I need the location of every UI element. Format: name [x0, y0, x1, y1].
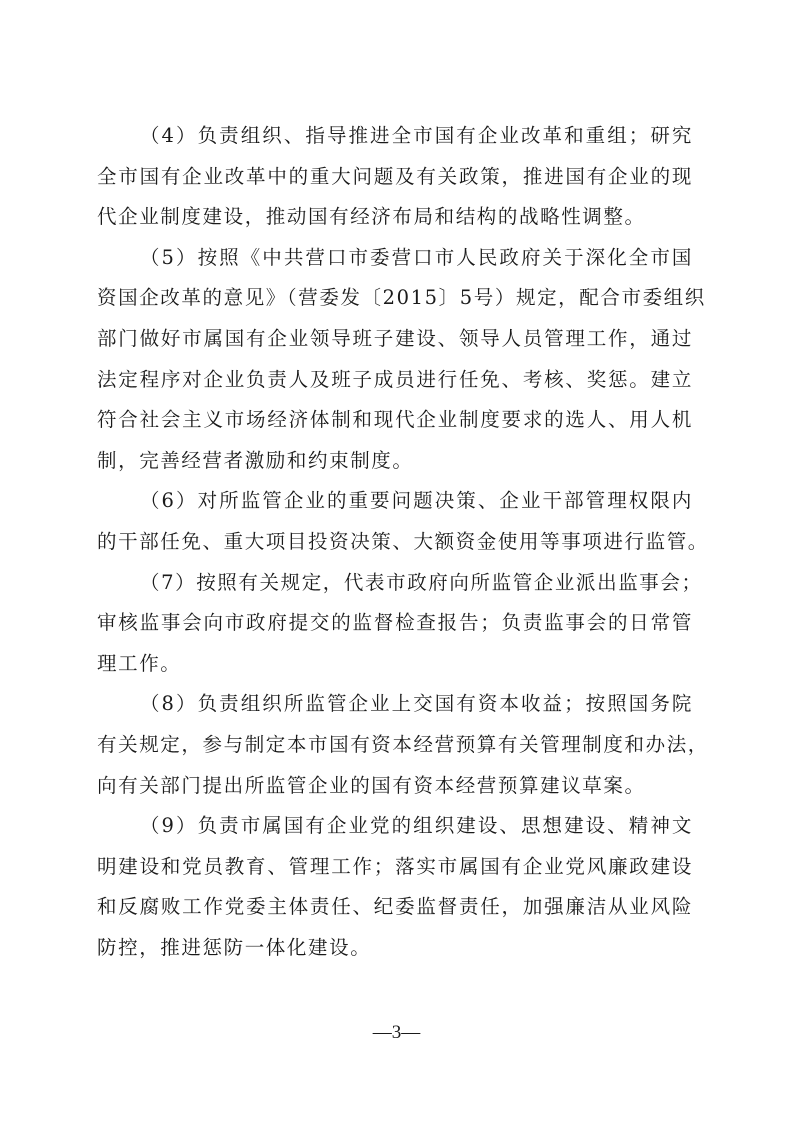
text-line: 的干部任免、重大项目投资决策、大额资金使用等事项进行监管。: [97, 522, 693, 563]
text-line: 和反腐败工作党委主体责任、纪委监督责任，加强廉洁从业风险: [97, 887, 693, 928]
text-line: （6）对所监管企业的重要问题决策、企业干部管理权限内: [97, 481, 693, 522]
text-line: 资国企改革的意见》（营委发〔2015〕5号）规定，配合市委组织: [97, 278, 693, 319]
text-line: 全市国有企业改革中的重大问题及有关政策，推进国有企业的现: [97, 157, 693, 198]
text-line: 向有关部门提出所监管企业的国有资本经营预算建议草案。: [97, 766, 693, 807]
text-line: 部门做好市属国有企业领导班子建设、领导人员管理工作，通过: [97, 319, 693, 360]
text-line: （8）负责组织所监管企业上交国有资本收益；按照国务院: [97, 684, 693, 725]
text-line: 明建设和党员教育、管理工作；落实市属国有企业党风廉政建设: [97, 847, 693, 888]
text-line: 防控，推进惩防一体化建设。: [97, 928, 693, 969]
page-number: —3—: [0, 1022, 793, 1044]
text-line: （7）按照有关规定，代表市政府向所监管企业派出监事会；: [97, 563, 693, 604]
paragraph-item-5: （5）按照《中共营口市委营口市人民政府关于深化全市国 资国企改革的意见》（营委发…: [97, 238, 693, 482]
text-line: 符合社会主义市场经济体制和现代企业制度要求的选人、用人机: [97, 400, 693, 441]
text-line: （5）按照《中共营口市委营口市人民政府关于深化全市国: [97, 238, 693, 279]
text-line: 审核监事会向市政府提交的监督检查报告；负责监事会的日常管: [97, 603, 693, 644]
text-line: 制，完善经营者激励和约束制度。: [97, 441, 693, 482]
paragraph-item-8: （8）负责组织所监管企业上交国有资本收益；按照国务院 有关规定，参与制定本市国有…: [97, 684, 693, 806]
paragraph-item-6: （6）对所监管企业的重要问题决策、企业干部管理权限内 的干部任免、重大项目投资决…: [97, 481, 693, 562]
text-line: 有关规定，参与制定本市国有资本经营预算有关管理制度和办法，: [97, 725, 693, 766]
text-line: 代企业制度建设，推动国有经济布局和结构的战略性调整。: [97, 197, 693, 238]
paragraph-item-7: （7）按照有关规定，代表市政府向所监管企业派出监事会； 审核监事会向市政府提交的…: [97, 563, 693, 685]
text-line: 法定程序对企业负责人及班子成员进行任免、考核、奖惩。建立: [97, 360, 693, 401]
document-body: （4）负责组织、指导推进全市国有企业改革和重组；研究 全市国有企业改革中的重大问…: [97, 116, 693, 968]
text-line: 理工作。: [97, 644, 693, 685]
text-line: （9）负责市属国有企业党的组织建设、思想建设、精神文: [97, 806, 693, 847]
text-line: （4）负责组织、指导推进全市国有企业改革和重组；研究: [97, 116, 693, 157]
paragraph-item-9: （9）负责市属国有企业党的组织建设、思想建设、精神文 明建设和党员教育、管理工作…: [97, 806, 693, 968]
document-page: （4）负责组织、指导推进全市国有企业改革和重组；研究 全市国有企业改革中的重大问…: [0, 0, 793, 1122]
paragraph-item-4: （4）负责组织、指导推进全市国有企业改革和重组；研究 全市国有企业改革中的重大问…: [97, 116, 693, 238]
